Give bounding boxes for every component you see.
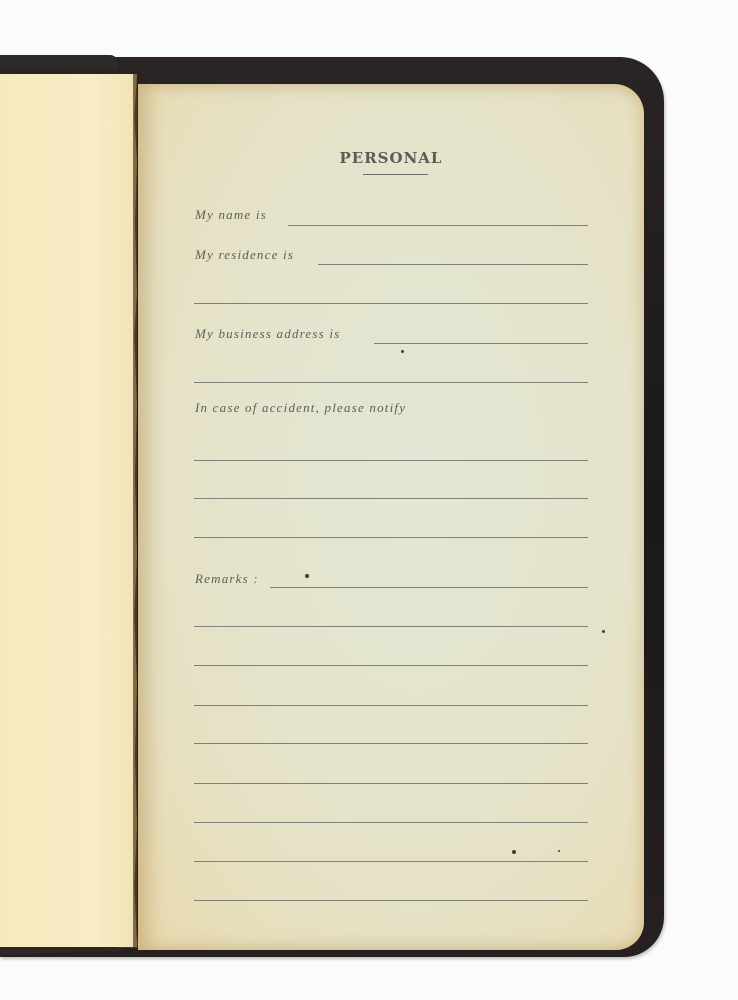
- remarks-label: Remarks :: [195, 571, 259, 587]
- remarks-line-8[interactable]: [194, 861, 588, 862]
- title-underline: [363, 174, 428, 175]
- remarks-line-3[interactable]: [194, 665, 588, 666]
- residence-label: My residence is: [195, 247, 294, 263]
- accident-notify-label: In case of accident, please notify: [195, 400, 406, 416]
- paper-speck: [401, 350, 404, 353]
- paper-speck: [558, 850, 560, 852]
- business-address-label: My business address is: [195, 326, 340, 342]
- paper-speck: [512, 850, 516, 854]
- page-title: PERSONAL: [138, 149, 644, 167]
- remarks-line-6[interactable]: [194, 783, 588, 784]
- remarks-line-5[interactable]: [194, 743, 588, 744]
- name-field-line[interactable]: [288, 225, 588, 226]
- left-endpaper: [0, 74, 137, 947]
- remarks-line-1[interactable]: [270, 587, 588, 588]
- accident-notify-line-2[interactable]: [194, 498, 588, 499]
- page-gutter-edge: [133, 74, 137, 947]
- remarks-line-4[interactable]: [194, 705, 588, 706]
- business-address-field-line[interactable]: [374, 343, 588, 344]
- accident-notify-line-3[interactable]: [194, 537, 588, 538]
- paper-speck: [305, 574, 309, 578]
- remarks-line-2[interactable]: [194, 626, 588, 627]
- name-label: My name is: [195, 207, 267, 223]
- business-address-field-line-2[interactable]: [194, 382, 588, 383]
- remarks-line-7[interactable]: [194, 822, 588, 823]
- cover-top-edge: [0, 55, 118, 69]
- paper-speck: [602, 630, 605, 633]
- residence-field-line-2[interactable]: [194, 303, 588, 304]
- remarks-line-9[interactable]: [194, 900, 588, 901]
- personal-info-page: PERSONAL My name is My residence is My b…: [138, 84, 644, 950]
- accident-notify-line-1[interactable]: [194, 460, 588, 461]
- residence-field-line[interactable]: [318, 264, 588, 265]
